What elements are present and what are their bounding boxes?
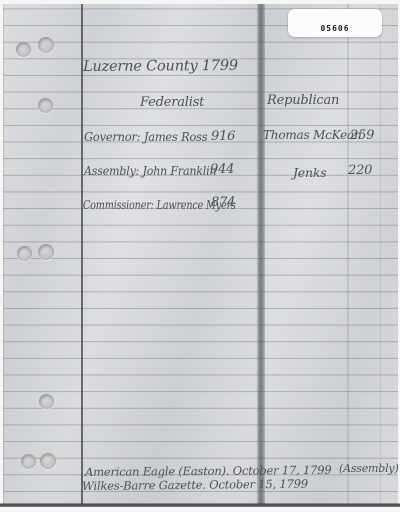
punch-hole <box>38 244 54 260</box>
far-right-fold-line <box>380 4 381 504</box>
vote-count-federalist: 916 <box>211 129 235 144</box>
citation-line: Wilkes-Barre Gazette. October 15, 1799 <box>82 477 308 493</box>
candidate-name-republican: Jenks <box>293 165 326 180</box>
barcode-sticker: 05606 <box>288 9 382 37</box>
punch-hole <box>21 454 36 469</box>
sticker-number: 05606 <box>320 24 349 33</box>
punch-hole <box>16 42 31 57</box>
vote-count-republican: 220 <box>348 163 372 178</box>
punch-hole <box>39 394 54 409</box>
punch-hole <box>40 453 56 469</box>
right-fold-line <box>347 4 349 504</box>
office-label: Assembly: John Franklin <box>84 164 216 178</box>
scanned-ledger-page: 05606 Luzerne County 1799 Federalist Rep… <box>0 0 400 512</box>
vote-count-federalist: 944 <box>210 162 234 177</box>
candidate-name-republican: Thomas McKean <box>263 128 362 142</box>
vote-count-federalist: 874 <box>211 195 235 210</box>
office-label: Governor: James Ross <box>84 130 207 144</box>
page-bottom-edge <box>0 503 400 507</box>
vote-count-republican: 259 <box>350 128 374 143</box>
left-margin-rule <box>81 4 83 504</box>
ruled-paper <box>3 4 398 504</box>
column-header-federalist: Federalist <box>140 95 204 110</box>
column-header-republican: Republican <box>267 93 339 108</box>
punch-hole <box>38 98 53 113</box>
center-fold-line <box>257 4 265 504</box>
punch-hole <box>38 37 54 53</box>
citation-annotation: (Assembly) <box>339 462 399 475</box>
punch-hole <box>17 246 32 261</box>
page-title: Luzerne County 1799 <box>83 58 238 75</box>
page-left-edge <box>3 4 4 504</box>
